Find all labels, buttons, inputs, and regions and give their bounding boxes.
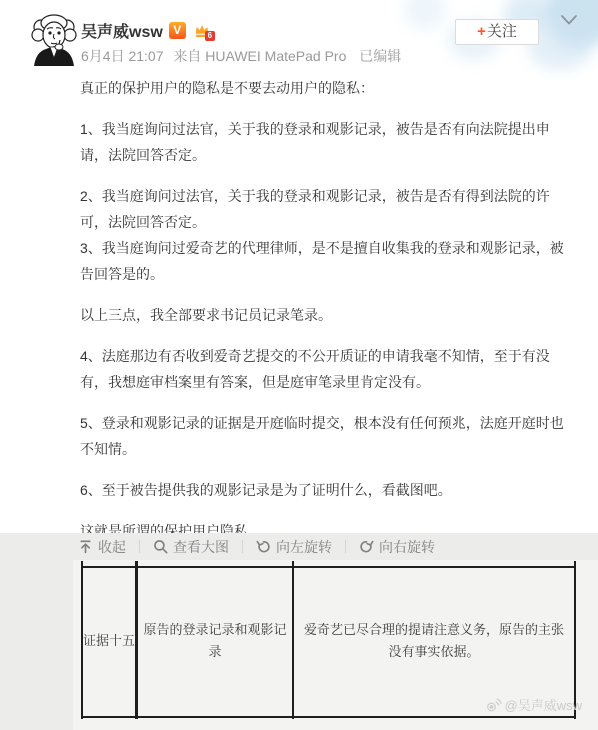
rotate-left-icon — [256, 539, 271, 554]
table-line — [81, 716, 576, 718]
author-name[interactable]: 吴声威wsw — [81, 19, 163, 42]
rotate-left-label: 向左旋转 — [276, 537, 332, 557]
post-paragraph: 真正的保护用户的隐私是不要去动用户的隐私： — [80, 75, 572, 101]
vip-crown-icon[interactable]: 6 — [192, 22, 212, 40]
table-cell-evidence-name: 原告的登录记录和观影记录 — [139, 566, 291, 716]
plus-icon: + — [477, 23, 486, 40]
chevron-down-icon[interactable] — [558, 12, 580, 33]
image-viewer: 收起 查看大图 向左旋转 向右旋转 — [0, 533, 598, 730]
watermark-handle: @吴声威wsw — [505, 695, 582, 714]
collapse-label: 收起 — [98, 537, 126, 557]
watermark: @吴声威wsw — [486, 695, 582, 714]
toolbar-divider — [139, 540, 140, 553]
rotate-right-button[interactable]: 向右旋转 — [359, 537, 435, 557]
toolbar-divider — [345, 540, 346, 553]
weibo-logo-icon — [486, 697, 502, 713]
verified-v-icon: V — [169, 22, 186, 39]
post-paragraph: 以上三点，我全部要求书记员记录笔录。 — [80, 302, 572, 328]
follow-button[interactable]: +关注 — [455, 19, 539, 45]
avatar-portrait-icon — [28, 12, 80, 66]
vip-level-badge: 6 — [205, 31, 215, 41]
rotate-right-label: 向右旋转 — [379, 537, 435, 557]
table-cell-evidence-number: 证据十五 — [82, 566, 136, 716]
post-paragraph: 6、至于被告提供我的观影记录是为了证明什么，看截图吧。 — [80, 477, 572, 503]
view-large-icon — [153, 539, 168, 554]
toolbar-divider — [242, 540, 243, 553]
view-large-button[interactable]: 查看大图 — [153, 537, 229, 557]
evidence-table-image[interactable]: 证据十五 原告的登录记录和观影记录 爱奇艺已尽合理的提请注意义务，原告的主张没有… — [73, 560, 598, 730]
table-cell-evidence-opinion: 爱奇艺已尽合理的提请注意义务，原告的主张没有事实依据。 — [295, 566, 573, 716]
rotate-left-button[interactable]: 向左旋转 — [256, 537, 332, 557]
collapse-icon — [78, 539, 93, 554]
table-line — [292, 561, 294, 719]
image-toolbar: 收起 查看大图 向左旋转 向右旋转 — [0, 533, 598, 560]
post-paragraph: 2、我当庭询问过法官，关于我的登录和观影记录，被告是否有得到法院的许可，法院回答… — [80, 183, 572, 235]
post-paragraph: 5、登录和观影记录的证据是开庭临时提交，根本没有任何预兆，法庭开庭时也不知情。 — [80, 410, 572, 462]
author-row: 吴声威wsw V 6 — [81, 19, 212, 42]
rotate-right-icon — [359, 539, 374, 554]
post-paragraph: 3、我当庭询问过爱奇艺的代理律师，是不是擅自收集我的登录和观影记录，被告回答是的… — [80, 235, 572, 287]
post-paragraph: 1、我当庭询问过法官，关于我的登录和观影记录，被告是否有向法院提出申请，法院回答… — [80, 116, 572, 168]
collapse-image-button[interactable]: 收起 — [78, 537, 126, 557]
view-large-label: 查看大图 — [173, 537, 229, 557]
follow-button-label: 关注 — [487, 23, 517, 40]
post-text: 真正的保护用户的隐私是不要去动用户的隐私： 1、我当庭询问过法官，关于我的登录和… — [80, 60, 572, 559]
post-paragraph: 4、法庭那边有否收到爱奇艺提交的不公开质证的申请我毫不知情，至于有没有，我想庭审… — [80, 343, 572, 395]
avatar[interactable] — [28, 12, 80, 66]
